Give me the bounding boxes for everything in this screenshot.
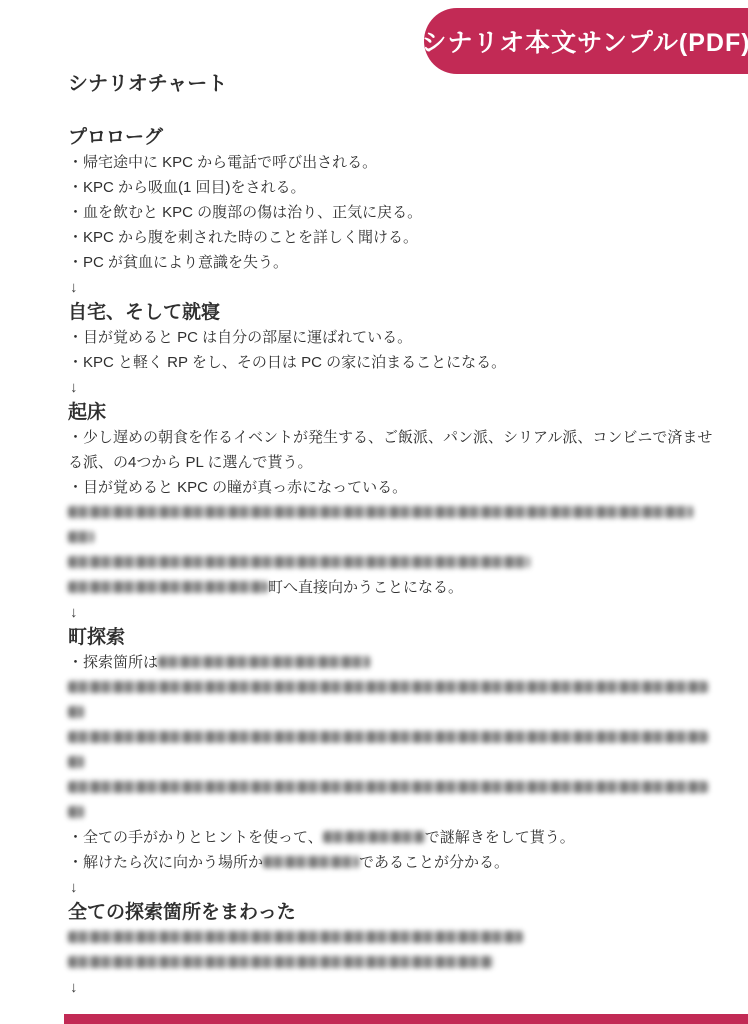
text-line: ・探索箇所は — [68, 650, 713, 675]
text-line — [68, 750, 713, 775]
text-segment: で謎解きをして貰う。 — [425, 829, 575, 846]
section-heading: 全ての探索箇所をまわった — [68, 900, 713, 925]
text-segment: ・解けたら次に向かう場所か — [68, 854, 263, 871]
redacted-blur-segment — [68, 931, 523, 943]
text-segment: ・KPC と軽く RP をし、その日は PC の家に泊まることになる。 — [68, 354, 506, 371]
scenario-section: 全ての探索箇所をまわった↓ — [68, 900, 713, 1000]
document-title: シナリオチャート — [68, 72, 713, 97]
down-arrow-icon: ↓ — [68, 600, 713, 625]
text-segment: ・目が覚めると KPC の瞳が真っ赤になっている。 — [68, 479, 407, 496]
text-line — [68, 550, 713, 575]
text-line: ・KPC から吸血(1 回目)をされる。 — [68, 175, 713, 200]
text-segment: であることが分かる。 — [359, 854, 509, 871]
redacted-blur-segment — [158, 656, 370, 668]
text-segment: ・血を飲むと KPC の腹部の傷は治り、正気に戻る。 — [68, 204, 422, 221]
redacted-blur-segment — [68, 956, 493, 968]
text-line — [68, 800, 713, 825]
redacted-blur-segment — [68, 806, 84, 818]
scenario-section: 自宅、そして就寝・目が覚めると PC は自分の部屋に運ばれている。・KPC と軽… — [68, 300, 713, 400]
redacted-blur-segment — [68, 706, 84, 718]
text-segment: 町へ直接向かうことになる。 — [268, 579, 463, 596]
redacted-blur-segment — [68, 531, 94, 543]
text-line — [68, 950, 713, 975]
down-arrow-icon: ↓ — [68, 375, 713, 400]
section-heading: 起床 — [68, 400, 713, 425]
text-segment: ・KPC から腹を刺された時のことを詳しく聞ける。 — [68, 229, 418, 246]
redacted-blur-segment — [263, 856, 359, 868]
redacted-blur-segment — [68, 581, 268, 593]
text-line: ・血を飲むと KPC の腹部の傷は治り、正気に戻る。 — [68, 200, 713, 225]
text-line: 町へ直接向かうことになる。 — [68, 575, 713, 600]
redacted-blur-segment — [68, 556, 530, 568]
banner-label: シナリオ本文サンプル(PDF) — [421, 23, 748, 59]
text-segment: ・少し遅めの朝食を作るイベントが発生する、ご飯派、パン派、シリアル派、コンビニで… — [68, 429, 712, 471]
down-arrow-icon: ↓ — [68, 875, 713, 900]
redacted-blur-segment — [68, 756, 84, 768]
text-line — [68, 500, 713, 525]
text-line: ・KPC と軽く RP をし、その日は PC の家に泊まることになる。 — [68, 350, 713, 375]
text-line: ・目が覚めると KPC の瞳が真っ赤になっている。 — [68, 475, 713, 500]
redacted-blur-segment — [68, 781, 708, 793]
section-heading: プロローグ — [68, 125, 713, 150]
text-segment: ・目が覚めると PC は自分の部屋に運ばれている。 — [68, 329, 412, 346]
text-line — [68, 525, 713, 550]
footer-accent-bar — [64, 1014, 748, 1024]
sample-pdf-banner: シナリオ本文サンプル(PDF) — [424, 8, 748, 74]
section-heading: 自宅、そして就寝 — [68, 300, 713, 325]
text-segment: ・全ての手がかりとヒントを使って、 — [68, 829, 323, 846]
text-line: ・目が覚めると PC は自分の部屋に運ばれている。 — [68, 325, 713, 350]
text-line — [68, 700, 713, 725]
text-line — [68, 775, 713, 800]
text-segment: ・帰宅途中に KPC から電話で呼び出される。 — [68, 154, 377, 171]
text-segment: ・PC が貧血により意識を失う。 — [68, 254, 288, 271]
text-line: ・帰宅途中に KPC から電話で呼び出される。 — [68, 150, 713, 175]
pdf-page-content: シナリオチャート プロローグ・帰宅途中に KPC から電話で呼び出される。・KP… — [68, 72, 713, 1000]
document-body: プロローグ・帰宅途中に KPC から電話で呼び出される。・KPC から吸血(1 … — [68, 125, 713, 1000]
scenario-section: 起床・少し遅めの朝食を作るイベントが発生する、ご飯派、パン派、シリアル派、コンビ… — [68, 400, 713, 625]
text-line: ・KPC から腹を刺された時のことを詳しく聞ける。 — [68, 225, 713, 250]
text-line: ・解けたら次に向かう場所かであることが分かる。 — [68, 850, 713, 875]
section-heading: 町探索 — [68, 625, 713, 650]
text-line — [68, 725, 713, 750]
text-segment: ・探索箇所は — [68, 654, 158, 671]
text-segment: ・KPC から吸血(1 回目)をされる。 — [68, 179, 306, 196]
redacted-blur-segment — [68, 506, 693, 518]
text-line: ・全ての手がかりとヒントを使って、で謎解きをして貰う。 — [68, 825, 713, 850]
down-arrow-icon: ↓ — [68, 275, 713, 300]
redacted-blur-segment — [323, 831, 425, 843]
scenario-section: プロローグ・帰宅途中に KPC から電話で呼び出される。・KPC から吸血(1 … — [68, 125, 713, 300]
redacted-blur-segment — [68, 731, 708, 743]
text-line — [68, 925, 713, 950]
text-line: ・少し遅めの朝食を作るイベントが発生する、ご飯派、パン派、シリアル派、コンビニで… — [68, 425, 713, 475]
text-line: ・PC が貧血により意識を失う。 — [68, 250, 713, 275]
text-line — [68, 675, 713, 700]
down-arrow-icon: ↓ — [68, 975, 713, 1000]
scenario-section: 町探索・探索箇所は・全ての手がかりとヒントを使って、で謎解きをして貰う。・解けた… — [68, 625, 713, 900]
redacted-blur-segment — [68, 681, 708, 693]
